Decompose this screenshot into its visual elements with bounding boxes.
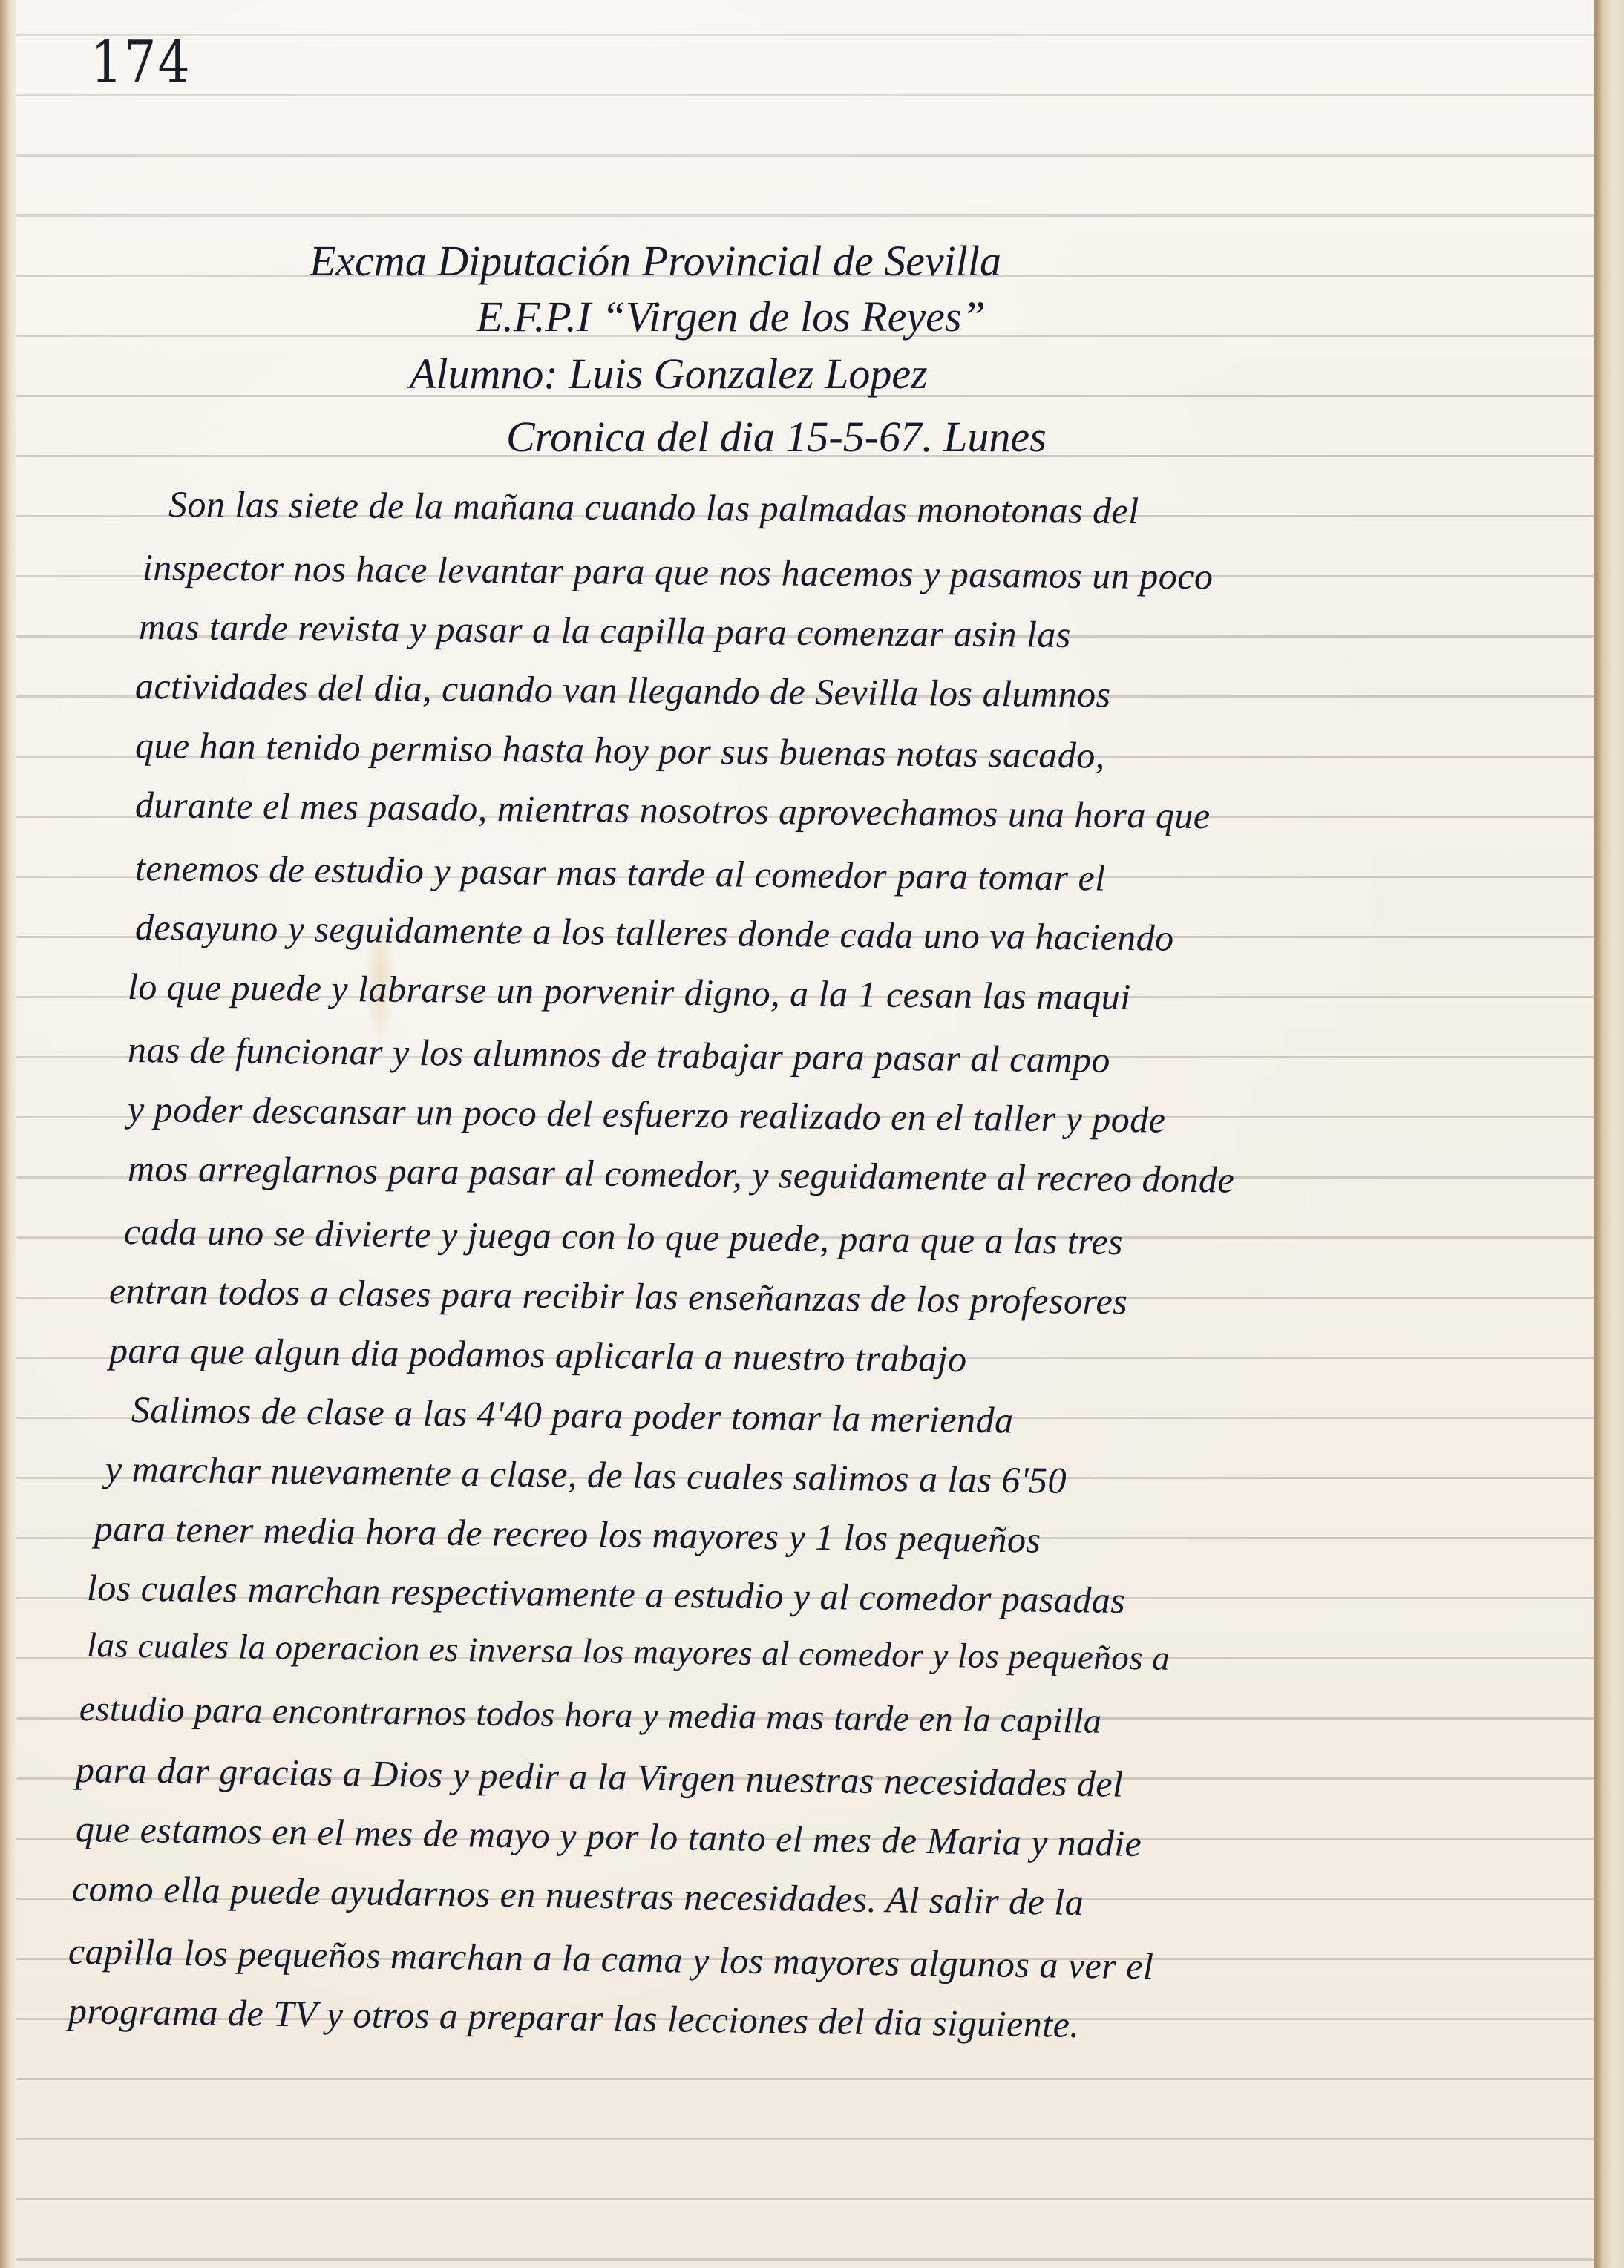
body-line: Salimos de clase a las 4'40 para poder t… (131, 1388, 1014, 1442)
body-line: tenemos de estudio y pasar mas tarde al … (135, 846, 1106, 899)
body-line: los cuales marchan respectivamente a est… (87, 1566, 1126, 1622)
header-student: Alumno: Luis Gonzalez Lopez (410, 349, 928, 399)
body-line: para dar gracias a Dios y pedir a la Vir… (76, 1748, 1124, 1806)
body-line: mas tarde revista y pasar a la capilla p… (139, 605, 1071, 656)
body-line: lo que puede y labrarse un porvenir dign… (128, 965, 1131, 1018)
body-line: para que algun dia podamos aplicarla a n… (109, 1328, 967, 1380)
body-line: Son las siete de la mañana cuando las pa… (168, 482, 1139, 532)
body-line: para tener media hora de recreo los mayo… (94, 1507, 1041, 1561)
body-line: programa de TV y otros a preparar las le… (68, 1989, 1080, 2046)
body-line: y poder descansar un poco del esfuerzo r… (128, 1087, 1166, 1141)
notebook-binding-edge (0, 0, 16, 2268)
body-line: y marchar nuevamente a clase, de las cua… (105, 1447, 1067, 1502)
body-line: desayuno y seguidamente a los talleres d… (135, 905, 1174, 960)
body-line: cada uno se divierte y juega con lo que … (124, 1210, 1124, 1263)
page-stack-edge (1594, 0, 1624, 2268)
body-line: como ella puede ayudarnos en nuestras ne… (72, 1866, 1084, 1924)
header-school: E.F.P.I “Virgen de los Reyes” (477, 292, 986, 341)
body-line: entran todos a clases para recibir las e… (109, 1269, 1128, 1323)
body-line: actividades del dia, cuando van llegando… (135, 664, 1111, 715)
body-line: durante el mes pasado, mientras nosotros… (135, 783, 1211, 837)
body-line: capilla los pequeños marchan a la cama y… (68, 1930, 1154, 1987)
body-line: que estamos en el mes de mayo y por lo t… (76, 1807, 1142, 1865)
header-institution: Excma Diputación Provincial de Sevilla (310, 236, 1001, 286)
body-line: estudio para encontrarnos todos hora y m… (79, 1688, 1102, 1742)
body-line: mos arreglarnos para pasar al comedor, y… (128, 1147, 1235, 1202)
header-date: Cronica del dia 15-5-67. Lunes (506, 412, 1047, 462)
body-line: que han tenido permiso hasta hoy por sus… (135, 724, 1105, 777)
page-number: 174 (91, 29, 191, 96)
body-line: nas de funcionar y los alumnos de trabaj… (128, 1028, 1111, 1081)
notebook-page: 174 Excma Diputación Provincial de Sevil… (16, 0, 1596, 2268)
body-line: las cuales la operacion es inversa los m… (87, 1625, 1170, 1679)
body-line: inspector nos hace levantar para que nos… (143, 545, 1214, 598)
